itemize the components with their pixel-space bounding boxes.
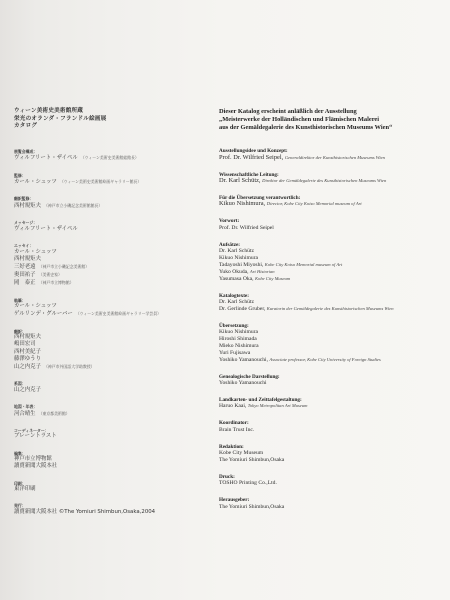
credit-entry: Dr. Karl Schütz: [219, 248, 444, 255]
japanese-title-line: カタログ: [14, 123, 214, 131]
credit-role-note: （東京都美術館）: [39, 411, 70, 416]
credit-entry: 河合晴生（東京都美術館）: [14, 410, 214, 418]
credit-role-note: Associate professor, Kobe City Universit…: [269, 357, 380, 362]
credit-role-note: Art Historian: [250, 269, 275, 274]
credit-role-note: Kuratorin der Gemäldegalerie des Kunsthi…: [267, 306, 394, 311]
credit-section: Übersetzung:Kikuo NishimuraHiroshi Shima…: [219, 323, 444, 364]
credit-entry: Mieko Nishimura: [219, 343, 444, 350]
credit-name: 西村規矩夫: [14, 203, 41, 209]
credit-name: 山之内克子: [14, 364, 41, 370]
credit-section: 展覧会構成：ヴィルフリート・ザイペル（ウィーン美術史美術館総館長）: [14, 149, 214, 163]
credit-entry: Dr. Karl Schütz, Direktor der Gemäldegal…: [219, 178, 444, 185]
german-title-line: „Meisterwerke der Holländischen und Fläm…: [219, 116, 444, 124]
credit-entry: Dr. Gerlinde Gruber, Kuratorin der Gemäl…: [219, 306, 444, 313]
credit-entry: Yuri Fujisawa: [219, 350, 444, 357]
credit-name: Yasumasa Oka,: [219, 276, 255, 282]
credit-entry: 讀賣新聞大阪本社: [14, 463, 214, 470]
credit-entry: 西村美紀子: [14, 349, 214, 356]
credit-entry: 西村規矩夫（神戸市立小磯記念美術館館長）: [14, 202, 214, 210]
credit-entry: The Yomiuri Shimbun,Osaka: [219, 504, 444, 511]
credit-name: Hiroshi Shimada: [219, 336, 257, 342]
credit-entry: TOSHO Printing Co.,Ltd.: [219, 480, 444, 487]
credit-name: 西村規矩夫: [14, 334, 41, 340]
credit-name: Brain Trust Inc.: [219, 427, 254, 433]
credit-entry: The Yomiuri Shimbun,Osaka: [219, 457, 444, 464]
german-title-line: Dieser Katalog erscheint anläßlich der A…: [219, 108, 444, 116]
credit-entry: Yasumasa Oka, Kobe City Museum: [219, 276, 444, 283]
credit-entry: ヴィルフリート・ザイペル（ウィーン美術史美術館総館長）: [14, 154, 214, 162]
credit-section: 系図：山之内克子: [14, 381, 214, 394]
credit-name: Mieko Nishimura: [219, 343, 259, 349]
credit-section: エッセイ：カール・シュッツ西村規矩夫三好老遠（神戸市立小磯記念美術館）奥田祐子（…: [14, 243, 214, 288]
credit-role-note: Direktor der Gemäldegalerie des Kunsthis…: [262, 178, 386, 183]
credit-section: 翻訳監修：西村規矩夫（神戸市立小磯記念美術館館長）: [14, 196, 214, 210]
credit-section: 印刷：東洋印刷: [14, 481, 214, 494]
credit-name: 神戸市立博物館: [14, 456, 52, 462]
credit-section: Ausstellungsidee und Konzept:Prof. Dr. W…: [219, 148, 444, 161]
credit-role-note: Generaldirektor der Kunsthistorischen Mu…: [285, 155, 385, 160]
credit-entry: 山之内克子: [14, 387, 214, 394]
credit-role-note: （神戸市立小磯記念美術館館長）: [44, 203, 102, 208]
credit-entry: 藤澤ゆうり: [14, 356, 214, 363]
german-title-line: aus der Gemäldegalerie des Kunsthistoris…: [219, 124, 444, 132]
credit-entry: 三好老遠（神戸市立小磯記念美術館）: [14, 263, 214, 271]
credit-name: 東洋印刷: [14, 486, 36, 492]
credit-entry: 東洋印刷: [14, 486, 214, 493]
german-title-block: Dieser Katalog erscheint anläßlich der A…: [219, 108, 444, 131]
credit-entry: カール・シュッツ: [14, 249, 214, 256]
credit-entry: Kikuo Nishimura: [219, 329, 444, 336]
credit-role-note: Kobe City Museum: [255, 276, 290, 281]
credit-name: The Yomiuri Shimbun,Osaka: [219, 457, 284, 463]
credit-section: Redaktion:Kobe City MuseumThe Yomiuri Sh…: [219, 444, 444, 464]
credit-section: Vorwort:Prof. Dr. Wilfried Seipel: [219, 218, 444, 231]
credit-name: 讀賣新聞大阪本社: [14, 463, 57, 469]
credit-name: 奥田祐子: [14, 272, 36, 278]
credit-entry: Tadayoshi Miyoshi, Kobe City Koiso Memor…: [219, 262, 444, 269]
credit-section: Aufsätze:Dr. Karl SchützKikuo NishimuraT…: [219, 242, 444, 283]
credit-entry: Yoshiko Yamanouchi, Associate professor,…: [219, 357, 444, 364]
credit-name: カール・シュッツ: [14, 179, 57, 185]
credit-entry: 嶋田宏司: [14, 341, 214, 348]
credit-role-note: （神戸市立博物館）: [39, 280, 74, 285]
credit-entry: Brain Trust Inc.: [219, 427, 444, 434]
credit-role-note: （ウィーン美術史美術館総館長）: [81, 155, 139, 160]
credit-section: Für die Übersetzung verantwortlich:Kikuo…: [219, 195, 444, 208]
credit-name: ヴィルフリート・ザイペル: [14, 155, 78, 161]
credit-entry: カール・シュッツ（ウィーン美術史美術館絵画ギャラリー館長）: [14, 178, 214, 186]
credit-role-note: Director, Kobe City Koiso Memorial museu…: [267, 201, 362, 206]
credit-name: 河合晴生: [14, 411, 36, 417]
credit-section: Landkarten- und Zeittafelgestaltung:Haru…: [219, 397, 444, 410]
credit-section: Katalogtexte:Dr. Karl SchützDr. Gerlinde…: [219, 293, 444, 313]
credit-name: 三好老遠: [14, 264, 36, 270]
credit-name: Yoshiko Yamanouchi: [219, 380, 267, 386]
credit-section: 編集：神戸市立博物館讀賣新聞大阪本社: [14, 451, 214, 471]
credit-name: Kobe City Museum: [219, 450, 263, 456]
credit-section: メッセージ：ヴィルフリート・ザイペル: [14, 220, 214, 233]
credit-section: Druck:TOSHO Printing Co.,Ltd.: [219, 474, 444, 487]
credit-entry: Kobe City Museum: [219, 450, 444, 457]
credit-name: Haruo Kaai,: [219, 403, 248, 409]
credit-name: Prof. Dr. Wilfried Seipel: [219, 225, 274, 231]
credit-name: Dr. Karl Schütz: [219, 248, 254, 254]
credit-section: 執筆：カール・シュッツゲルリンデ・グルーバー（ウィーン美術史美術館絵画ギャラリー…: [14, 298, 214, 319]
credit-section: Wissenschaftliche Leitung:Dr. Karl Schüt…: [219, 172, 444, 185]
credit-name: Kikuo Nishimura,: [219, 200, 267, 207]
credit-entry: 山之内克子（神戸市外国語大学助教授）: [14, 363, 214, 371]
credit-section: Koordinator:Brain Trust Inc.: [219, 420, 444, 433]
german-credits-column: Dieser Katalog erscheint anläßlich der A…: [219, 108, 444, 521]
credit-entry: Kikuo Nishimura, Director, Kobe City Koi…: [219, 201, 444, 208]
credit-role-note: Kobe City Koiso Memorial museum of Art: [265, 262, 343, 267]
credit-entry: Yoshiko Yamanouchi: [219, 380, 444, 387]
credit-entry: 岡 泰正（神戸市立博物館）: [14, 279, 214, 287]
credit-name: Kikuo Nishimura: [219, 255, 258, 261]
credit-name: TOSHO Printing Co.,Ltd.: [219, 480, 277, 486]
credit-role-note: （神戸市立小磯記念美術館）: [39, 264, 90, 269]
credit-name: カール・シュッツ: [14, 249, 57, 255]
credit-entry: ヴィルフリート・ザイペル: [14, 226, 214, 233]
credit-section: 発行：讀賣新聞大阪本社 ©The Yomiuri Shimbun,Osaka,2…: [14, 503, 214, 516]
credit-name: Yoshiko Yamanouchi,: [219, 357, 269, 363]
credit-section: 翻訳：西村規矩夫嶋田宏司西村美紀子藤澤ゆうり山之内克子（神戸市外国語大学助教授）: [14, 329, 214, 372]
credit-entry: Prof. Dr. Wilfried Seipel, Generaldirekt…: [219, 155, 444, 162]
credit-name: ゲルリンデ・グルーバー: [14, 311, 73, 317]
credit-section: コーディネーター：ブレーントラスト: [14, 428, 214, 441]
credit-section: 監修：カール・シュッツ（ウィーン美術史美術館絵画ギャラリー館長）: [14, 173, 214, 187]
credit-name: 嶋田宏司: [14, 341, 36, 347]
credit-entry: 讀賣新聞大阪本社 ©The Yomiuri Shimbun,Osaka,2004: [14, 509, 214, 516]
credit-name: Dr. Karl Schütz,: [219, 177, 262, 184]
credit-name: ヴィルフリート・ザイペル: [14, 226, 78, 232]
credit-role-note: （ウィーン美術史美術館絵画ギャラリー館長）: [60, 179, 141, 184]
credit-name: Tadayoshi Miyoshi,: [219, 262, 265, 268]
credit-entry: Kikuo Nishimura: [219, 255, 444, 262]
credit-entry: Yuko Okuda, Art Historian: [219, 269, 444, 276]
credit-name: 藤澤ゆうり: [14, 356, 41, 362]
credit-section: Genealogische Darstellung:Yoshiko Yamano…: [219, 374, 444, 387]
credit-name: Kikuo Nishimura: [219, 329, 258, 335]
credit-role-note: （神戸市外国語大学助教授）: [44, 364, 95, 369]
japanese-credit-sections: 展覧会構成：ヴィルフリート・ザイペル（ウィーン美術史美術館総館長）監修：カール・…: [14, 149, 214, 516]
credit-name: カール・シュッツ: [14, 303, 57, 309]
japanese-title-line: ウィーン美術史美術館所蔵: [14, 108, 214, 116]
credit-name: Prof. Dr. Wilfried Seipel,: [219, 154, 285, 161]
credit-entry: Hiroshi Shimada: [219, 336, 444, 343]
credit-section: Herausgeber:The Yomiuri Shimbun,Osaka: [219, 497, 444, 510]
credit-name: Dr. Gerlinde Gruber,: [219, 306, 267, 312]
japanese-title-block: ウィーン美術史美術館所蔵 栄光のオランダ・フランドル絵画展 カタログ: [14, 108, 214, 131]
credit-name: 山之内克子: [14, 387, 41, 393]
credit-entry: Haruo Kaai, Tokyo Metropolitan Art Museu…: [219, 403, 444, 410]
german-credit-sections: Ausstellungsidee und Konzept:Prof. Dr. W…: [219, 148, 444, 510]
credit-role-note: （ウィーン美術史美術館絵画ギャラリー学芸員）: [76, 311, 161, 316]
credit-name: Yuko Okuda,: [219, 269, 250, 275]
credit-name: 讀賣新聞大阪本社 ©The Yomiuri Shimbun,Osaka,2004: [14, 509, 155, 515]
credit-name: 西村規矩夫: [14, 256, 41, 262]
credit-role-note: （美術史家）: [39, 272, 62, 277]
credit-entry: ブレーントラスト: [14, 433, 214, 440]
credit-entry: Dr. Karl Schütz: [219, 299, 444, 306]
credit-section: 地図・年表：河合晴生（東京都美術館）: [14, 404, 214, 418]
credit-entry: 西村規矩夫: [14, 256, 214, 263]
catalog-colophon-page: ウィーン美術史美術館所蔵 栄光のオランダ・フランドル絵画展 カタログ 展覧会構成…: [0, 0, 450, 600]
credit-name: The Yomiuri Shimbun,Osaka: [219, 504, 284, 510]
credit-name: 西村美紀子: [14, 349, 41, 355]
credit-name: 岡 泰正: [14, 280, 36, 286]
credit-name: Yuri Fujisawa: [219, 350, 250, 356]
credit-entry: カール・シュッツ: [14, 303, 214, 310]
credit-entry: 奥田祐子（美術史家）: [14, 271, 214, 279]
credit-name: ブレーントラスト: [14, 433, 57, 439]
credit-entry: ゲルリンデ・グルーバー（ウィーン美術史美術館絵画ギャラリー学芸員）: [14, 310, 214, 318]
credit-name: Dr. Karl Schütz: [219, 299, 254, 305]
credit-role-note: Tokyo Metropolitan Art Museum: [248, 403, 308, 408]
japanese-title-line: 栄光のオランダ・フランドル絵画展: [14, 116, 214, 124]
japanese-credits-column: ウィーン美術史美術館所蔵 栄光のオランダ・フランドル絵画展 カタログ 展覧会構成…: [14, 108, 214, 526]
credit-entry: Prof. Dr. Wilfried Seipel: [219, 225, 444, 232]
credit-entry: 西村規矩夫: [14, 334, 214, 341]
